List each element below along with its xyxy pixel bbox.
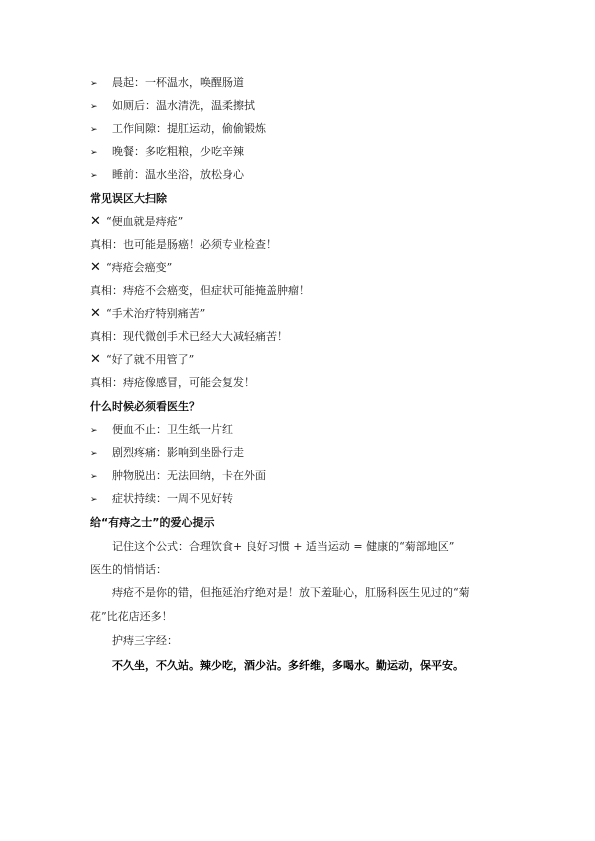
whisper-text-line2: 花”比花店还多！ xyxy=(90,610,173,624)
arrow-bullet-icon: ➢ xyxy=(90,146,112,160)
myth-item: ✕“好了就不用管了” xyxy=(90,353,194,367)
list-item: ➢晚餐：多吃粗粮，少吃辛辣 xyxy=(90,145,244,160)
myth-item: ✕“手术治疗特别痛苦” xyxy=(90,307,205,321)
section-heading-doctor: 什么时候必须看医生？ xyxy=(90,400,200,414)
truth-text: 真相：痔疮不会癌变，但症状可能掩盖肿瘤！ xyxy=(90,284,310,298)
cross-icon: ✕ xyxy=(90,353,106,367)
myth-item: ✕“便血就是痔疮” xyxy=(90,215,183,229)
arrow-bullet-icon: ➢ xyxy=(90,493,112,507)
cross-icon: ✕ xyxy=(90,261,106,275)
list-item: ➢肿物脱出：无法回纳，卡在外面 xyxy=(90,469,266,484)
document-page: ➢晨起：一杯温水，唤醒肠道 ➢如厕后：温水清洗，温柔擦拭 ➢工作间隙：提肛运动，… xyxy=(0,0,595,841)
arrow-bullet-icon: ➢ xyxy=(90,424,112,438)
arrow-bullet-icon: ➢ xyxy=(90,470,112,484)
whisper-label: 医生的悄悄话： xyxy=(90,563,167,577)
formula-text: 记住这个公式：合理饮食+ 良好习惯 + 适当运动 = 健康的“菊部地区” xyxy=(112,540,454,554)
list-item: ➢便血不止：卫生纸一片红 xyxy=(90,423,233,438)
list-item: ➢工作间隙：提肛运动，偷偷锻炼 xyxy=(90,122,266,137)
section-heading-tips: 给“有痔之士”的爱心提示 xyxy=(90,516,214,530)
whisper-text-line1: 痔疮不是你的错，但拖延治疗绝对是！放下羞耻心，肛肠科医生见过的“菊 xyxy=(112,586,470,600)
myth-item: ✕“痔疮会癌变” xyxy=(90,261,172,275)
mantra-label: 护痔三字经： xyxy=(112,634,178,648)
section-heading-myths: 常见误区大扫除 xyxy=(90,192,167,206)
list-item: ➢剧烈疼痛：影响到坐卧行走 xyxy=(90,446,244,461)
arrow-bullet-icon: ➢ xyxy=(90,447,112,461)
truth-text: 真相：也可能是肠癌！必须专业检查！ xyxy=(90,238,277,252)
arrow-bullet-icon: ➢ xyxy=(90,123,112,137)
arrow-bullet-icon: ➢ xyxy=(90,77,112,91)
list-item: ➢症状持续：一周不见好转 xyxy=(90,492,233,507)
list-item: ➢睡前：温水坐浴，放松身心 xyxy=(90,168,244,183)
truth-text: 真相：现代微创手术已经大大减轻痛苦！ xyxy=(90,330,288,344)
cross-icon: ✕ xyxy=(90,215,106,229)
list-item: ➢如厕后：温水清洗，温柔擦拭 xyxy=(90,99,255,114)
list-item: ➢晨起：一杯温水，唤醒肠道 xyxy=(90,76,244,91)
truth-text: 真相：痔疮像感冒，可能会复发！ xyxy=(90,376,255,390)
arrow-bullet-icon: ➢ xyxy=(90,100,112,114)
arrow-bullet-icon: ➢ xyxy=(90,169,112,183)
mantra-text: 不久坐，不久站。辣少吃，酒少沾。多纤维，多喝水。勤运动，保平安。 xyxy=(112,659,464,673)
cross-icon: ✕ xyxy=(90,307,106,321)
